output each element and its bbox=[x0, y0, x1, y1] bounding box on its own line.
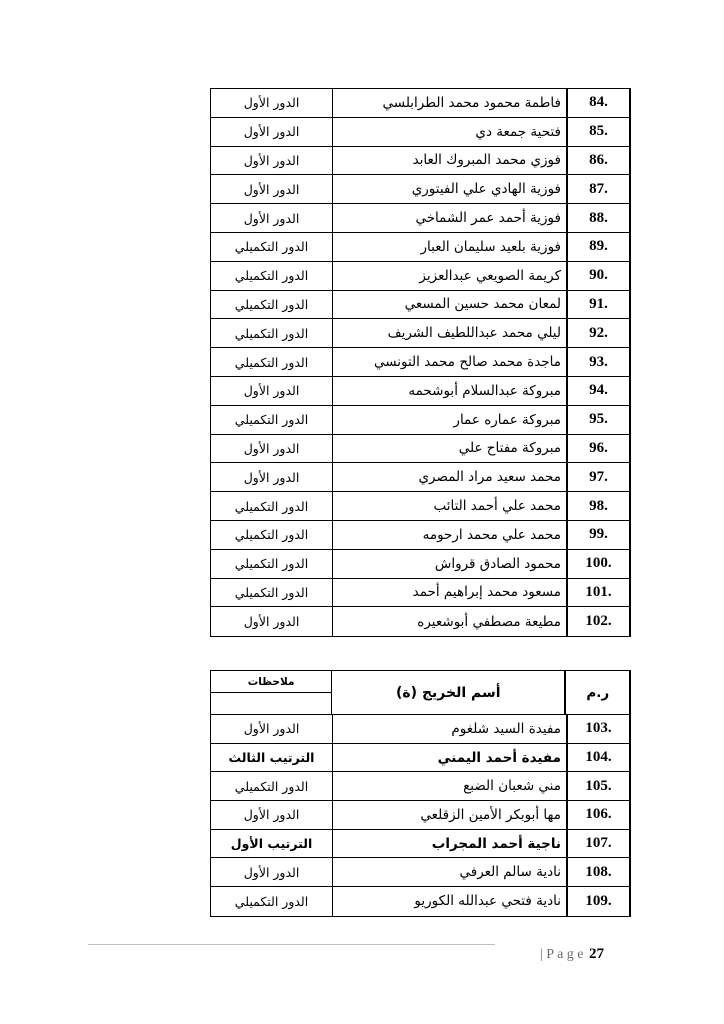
table-row: 107. ناجية أحمد المجراب الترتيب الأول bbox=[211, 830, 629, 859]
graduate-name-cell: ماجدة محمد صالح محمد التونسي bbox=[332, 348, 566, 376]
graduate-name-cell: نادية فتحي عبدالله الكوريو bbox=[332, 887, 566, 916]
exam-round-cell: الترتيب الثالث bbox=[211, 744, 332, 772]
row-number-cell: 97. bbox=[566, 463, 629, 491]
exam-round-cell: الترتيب الأول bbox=[211, 830, 332, 858]
exam-round-cell: الدور الأول bbox=[211, 89, 332, 117]
table-row: 108. نادية سالم العرفي الدور الأول bbox=[211, 858, 629, 887]
graduate-name-cell: محمد علي محمد ارحومه bbox=[332, 521, 566, 549]
row-number-cell: 89. bbox=[566, 233, 629, 261]
row-number-cell: 102. bbox=[566, 607, 629, 636]
exam-round-cell: الدور الأول bbox=[211, 147, 332, 175]
exam-round-cell: الدور التكميلي bbox=[211, 262, 332, 290]
row-number-cell: 106. bbox=[566, 801, 629, 829]
row-number-cell: 99. bbox=[566, 521, 629, 549]
exam-round-cell: الدور الأول bbox=[211, 118, 332, 146]
exam-round-cell: الدور التكميلي bbox=[211, 492, 332, 520]
row-number-cell: 88. bbox=[566, 204, 629, 232]
exam-round-cell: الدور الأول bbox=[211, 204, 332, 232]
exam-round-cell: الدور التكميلي bbox=[211, 406, 332, 434]
exam-round-cell: الدور الأول bbox=[211, 858, 332, 886]
table-row: 97. محمد سعيد مراد المصري الدور الأول bbox=[211, 463, 629, 492]
page-label: | P a g e bbox=[540, 947, 587, 962]
row-number-cell: 91. bbox=[566, 291, 629, 319]
row-number-cell: 84. bbox=[566, 89, 629, 117]
graduate-name-cell: فوزية أحمد عمر الشماخي bbox=[332, 204, 566, 232]
row-number-cell: 92. bbox=[566, 319, 629, 347]
graduate-name-cell: ناجية أحمد المجراب bbox=[332, 830, 566, 858]
row-number-cell: 103. bbox=[566, 715, 629, 743]
table-row: 96. مبروكة مفتاح علي الدور الأول bbox=[211, 435, 629, 464]
graduate-name-cell: نادية سالم العرفي bbox=[332, 858, 566, 886]
footer-divider-line bbox=[88, 944, 495, 945]
row-number-cell: 107. bbox=[566, 830, 629, 858]
row-number-cell: 94. bbox=[566, 377, 629, 405]
graduate-name-cell: كريمة الصويعي عبدالعزيز bbox=[332, 262, 566, 290]
row-number-cell: 108. bbox=[566, 858, 629, 886]
exam-round-cell: الدور الأول bbox=[211, 175, 332, 203]
graduates-table-with-header: ر.م أسم الخريج (ة) ملاحظات 103. مفيدة ال… bbox=[210, 670, 631, 917]
row-number-cell: 86. bbox=[566, 147, 629, 175]
graduate-name-cell: مبروكة مفتاح علي bbox=[332, 435, 566, 463]
table-row: 109. نادية فتحي عبدالله الكوريو الدور ال… bbox=[211, 887, 629, 916]
exam-round-cell: الدور الأول bbox=[211, 715, 332, 743]
table-row: 84. فاطمة محمود محمد الطرابلسي الدور الأ… bbox=[211, 89, 629, 118]
exam-round-cell: الدور التكميلي bbox=[211, 319, 332, 347]
table-row: 104. مفيدة أحمد اليمني الترتيب الثالث bbox=[211, 744, 629, 773]
table-row: 93. ماجدة محمد صالح محمد التونسي الدور ا… bbox=[211, 348, 629, 377]
table-row: 91. لمعان محمد حسين المسعي الدور التكميل… bbox=[211, 291, 629, 320]
graduate-name-cell: لمعان محمد حسين المسعي bbox=[332, 291, 566, 319]
row-number-cell: 109. bbox=[566, 887, 629, 916]
table-row: 106. مها أبوبكر الأمين الزقلعي الدور الأ… bbox=[211, 801, 629, 830]
header-graduate-name-cell: أسم الخريج (ة) bbox=[331, 671, 564, 714]
row-number-cell: 104. bbox=[566, 744, 629, 772]
graduate-name-cell: مسعود محمد إبراهيم أحمد bbox=[332, 579, 566, 607]
row-number-cell: 101. bbox=[566, 579, 629, 607]
page-number: 27 bbox=[589, 946, 604, 962]
table-row: 90. كريمة الصويعي عبدالعزيز الدور التكمي… bbox=[211, 262, 629, 291]
row-number-cell: 87. bbox=[566, 175, 629, 203]
document-page: 84. فاطمة محمود محمد الطرابلسي الدور الأ… bbox=[0, 0, 724, 1024]
table-row: 105. مني شعبان الضبع الدور التكميلي bbox=[211, 772, 629, 801]
header-notes-cell: ملاحظات bbox=[211, 671, 331, 714]
graduate-name-cell: فوزي محمد المبروك العابد bbox=[332, 147, 566, 175]
graduate-name-cell: مها أبوبكر الأمين الزقلعي bbox=[332, 801, 566, 829]
table-row: 100. محمود الصادق قرواش الدور التكميلي bbox=[211, 550, 629, 579]
graduate-name-cell: فاطمة محمود محمد الطرابلسي bbox=[332, 89, 566, 117]
table-row: 103. مفيدة السيد شلغوم الدور الأول bbox=[211, 715, 629, 744]
table-row: 92. ليلي محمد عبداللطيف الشريف الدور الت… bbox=[211, 319, 629, 348]
exam-round-cell: الدور الأول bbox=[211, 435, 332, 463]
exam-round-cell: الدور الأول bbox=[211, 607, 332, 636]
graduate-name-cell: مفيدة السيد شلغوم bbox=[332, 715, 566, 743]
exam-round-cell: الدور التكميلي bbox=[211, 887, 332, 916]
table-row: 85. فتحية جمعة دي الدور الأول bbox=[211, 118, 629, 147]
graduate-name-cell: مني شعبان الضبع bbox=[332, 772, 566, 800]
exam-round-cell: الدور الأول bbox=[211, 377, 332, 405]
row-number-cell: 100. bbox=[566, 550, 629, 578]
graduate-name-cell: محمد علي أحمد التائب bbox=[332, 492, 566, 520]
graduate-name-cell: فوزية بلعيد سليمان العبار bbox=[332, 233, 566, 261]
table-row: 99. محمد علي محمد ارحومه الدور التكميلي bbox=[211, 521, 629, 550]
row-number-cell: 105. bbox=[566, 772, 629, 800]
table-row: 98. محمد علي أحمد التائب الدور التكميلي bbox=[211, 492, 629, 521]
graduate-name-cell: مفيدة أحمد اليمني bbox=[332, 744, 566, 772]
table-header-row: ر.م أسم الخريج (ة) ملاحظات bbox=[211, 671, 629, 715]
table-row: 88. فوزية أحمد عمر الشماخي الدور الأول bbox=[211, 204, 629, 233]
graduate-name-cell: مبروكة عماره عمار bbox=[332, 406, 566, 434]
row-number-cell: 98. bbox=[566, 492, 629, 520]
row-number-cell: 95. bbox=[566, 406, 629, 434]
exam-round-cell: الدور التكميلي bbox=[211, 521, 332, 549]
table-row: 94. مبروكة عبدالسلام أبوشحمه الدور الأول bbox=[211, 377, 629, 406]
table-row: 101. مسعود محمد إبراهيم أحمد الدور التكم… bbox=[211, 579, 629, 608]
exam-round-cell: الدور التكميلي bbox=[211, 772, 332, 800]
table-row: 89. فوزية بلعيد سليمان العبار الدور التك… bbox=[211, 233, 629, 262]
exam-round-cell: الدور التكميلي bbox=[211, 550, 332, 578]
table-row: 95. مبروكة عماره عمار الدور التكميلي bbox=[211, 406, 629, 435]
header-number-cell: ر.م bbox=[564, 671, 629, 714]
page-footer: | P a g e 27 bbox=[540, 946, 604, 963]
graduate-name-cell: فتحية جمعة دي bbox=[332, 118, 566, 146]
row-number-cell: 90. bbox=[566, 262, 629, 290]
graduate-name-cell: فوزية الهادي علي الفيتوري bbox=[332, 175, 566, 203]
graduates-table-continuation: 84. فاطمة محمود محمد الطرابلسي الدور الأ… bbox=[210, 88, 631, 637]
table-row: 86. فوزي محمد المبروك العابد الدور الأول bbox=[211, 147, 629, 176]
exam-round-cell: الدور التكميلي bbox=[211, 233, 332, 261]
exam-round-cell: الدور الأول bbox=[211, 463, 332, 491]
header-notes-label: ملاحظات bbox=[211, 671, 331, 693]
exam-round-cell: الدور التكميلي bbox=[211, 348, 332, 376]
graduate-name-cell: مطيعة مصطفي أبوشعيره bbox=[332, 607, 566, 636]
graduate-name-cell: محمد سعيد مراد المصري bbox=[332, 463, 566, 491]
graduate-name-cell: ليلي محمد عبداللطيف الشريف bbox=[332, 319, 566, 347]
row-number-cell: 85. bbox=[566, 118, 629, 146]
table-row: 87. فوزية الهادي علي الفيتوري الدور الأو… bbox=[211, 175, 629, 204]
exam-round-cell: الدور التكميلي bbox=[211, 291, 332, 319]
exam-round-cell: الدور الأول bbox=[211, 801, 332, 829]
header-notes-empty bbox=[211, 693, 331, 714]
graduate-name-cell: مبروكة عبدالسلام أبوشحمه bbox=[332, 377, 566, 405]
row-number-cell: 96. bbox=[566, 435, 629, 463]
row-number-cell: 93. bbox=[566, 348, 629, 376]
graduate-name-cell: محمود الصادق قرواش bbox=[332, 550, 566, 578]
exam-round-cell: الدور التكميلي bbox=[211, 579, 332, 607]
table-row: 102. مطيعة مصطفي أبوشعيره الدور الأول bbox=[211, 607, 629, 636]
